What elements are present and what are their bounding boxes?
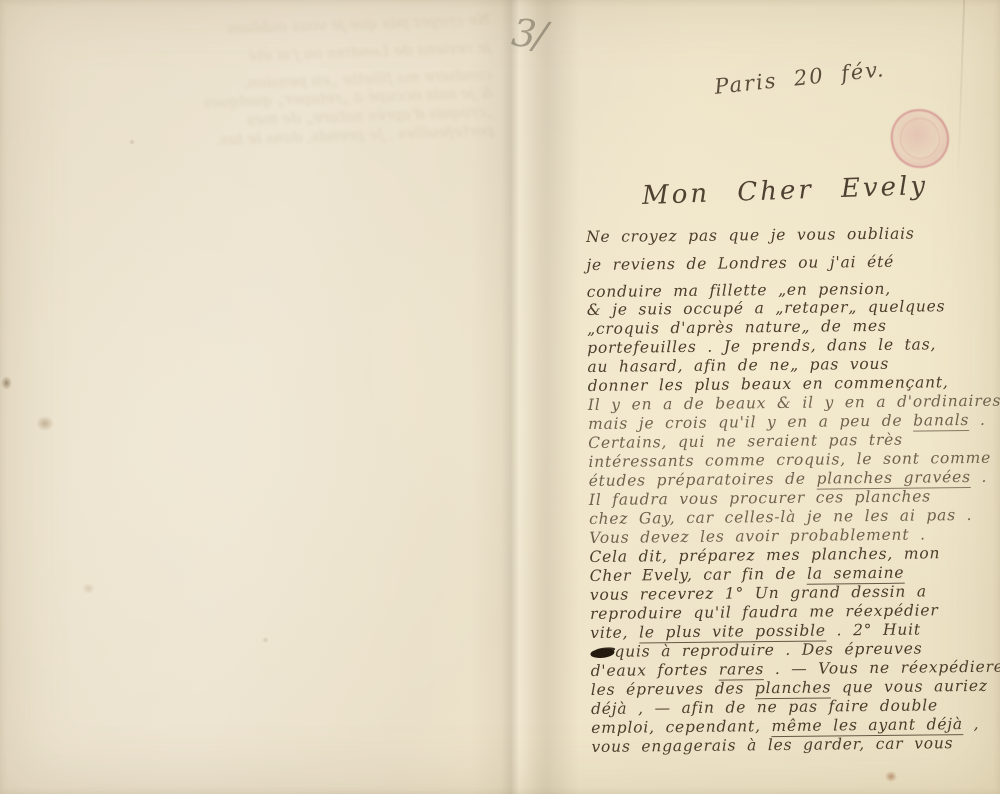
handwriting-segment: . — Vous ne réexpédierez bbox=[764, 658, 1000, 679]
handwriting-segment: la semaine bbox=[807, 564, 905, 585]
handwriting-segment: Certains, qui ne seraient pas très bbox=[588, 431, 903, 452]
letter-body: Ne croyez pas que je vous oubliaisje rev… bbox=[586, 224, 1000, 757]
handwriting-segment: vite, bbox=[590, 623, 639, 642]
dateline: Paris 20 fév. bbox=[713, 57, 886, 99]
paper-crease bbox=[957, 0, 965, 185]
handwriting-segment: reproduire qu'il faudra me réexpédier bbox=[590, 601, 939, 623]
handwritten-line: je reviens de Londres ou j'ai été bbox=[586, 252, 1000, 283]
paper-stain bbox=[36, 416, 54, 431]
handwriting-segment: Cela dit, préparez mes planches, mon bbox=[589, 544, 940, 566]
paper-stain bbox=[82, 583, 95, 594]
handwriting-segment: banals bbox=[913, 411, 969, 432]
handwriting-segment: . bbox=[969, 411, 986, 429]
handwriting-segment: études préparatoires de bbox=[589, 470, 817, 490]
ink-blot bbox=[590, 648, 615, 659]
handwriting-segment: Ne croyez pas que je vous oubliais bbox=[586, 225, 915, 246]
handwriting-segment: que vous auriez bbox=[831, 677, 988, 697]
handwriting-segment: Cher Evely, car fin de bbox=[590, 565, 808, 585]
handwriting-segment: donner les plus beaux en commençant, bbox=[588, 373, 949, 395]
handwriting-segment: . bbox=[971, 468, 988, 486]
ink-bleed-through: Ne croyez pas que je vous oubliaisje rev… bbox=[50, 8, 494, 153]
pencil-numbering: 3/ bbox=[509, 10, 547, 58]
handwriting-segment: Ne croyez pas que je vous oubliais bbox=[227, 10, 490, 37]
handwriting-segment: quis à reproduire . Des épreuves bbox=[614, 640, 922, 661]
handwriting-segment: vous engagerais à les garder, car vous bbox=[591, 734, 953, 756]
paper-stain bbox=[1, 376, 12, 390]
handwriting-segment: Il faudra vous procurer ces planches bbox=[589, 487, 931, 509]
handwriting-segment: planches bbox=[755, 678, 832, 699]
handwriting-segment: „croquis d'après nature„ de mes bbox=[587, 317, 887, 338]
handwriting-segment: & je suis occupé a „retaper„ quelques bbox=[587, 297, 946, 319]
handwriting-segment: les épreuves des bbox=[591, 679, 755, 699]
handwriting-segment: Vous devez les avoir probablement . bbox=[589, 525, 926, 547]
handwriting-segment: d'eaux fortes bbox=[591, 661, 719, 680]
handwriting-segment: . 2° Huit bbox=[826, 621, 921, 640]
handwritten-line: vous engagerais à les garder, car vous bbox=[591, 734, 1000, 757]
handwriting-segment: je reviens de Londres ou j'ai été bbox=[586, 253, 894, 274]
paper-stain bbox=[262, 637, 269, 643]
handwriting-segment: vous recevrez 1° Un grand dessin a bbox=[590, 582, 927, 604]
handwriting-segment: au hasard, afin de ne„ pas vous bbox=[587, 355, 889, 376]
salutation: Mon Cher Evely bbox=[642, 171, 929, 211]
handwriting-segment: portefeuilles . Je prends, dans le tas, bbox=[587, 335, 936, 357]
handwriting-segment: déjà , — afin de ne pas faire double bbox=[591, 696, 938, 718]
handwriting-segment: emploi, cependant, bbox=[591, 717, 771, 737]
handwriting-segment: mais je crois qu'il y en a peu de bbox=[588, 412, 913, 433]
red-ink-stamp bbox=[887, 105, 953, 171]
paper-stain bbox=[885, 771, 897, 782]
handwritten-line: Ne croyez pas que je vous oubliais bbox=[586, 224, 1000, 256]
handwriting-segment: , bbox=[963, 715, 980, 733]
handwriting-segment: rares bbox=[719, 660, 764, 680]
scanned-letter: Ne croyez pas que je vous oubliaisje rev… bbox=[0, 0, 1000, 794]
